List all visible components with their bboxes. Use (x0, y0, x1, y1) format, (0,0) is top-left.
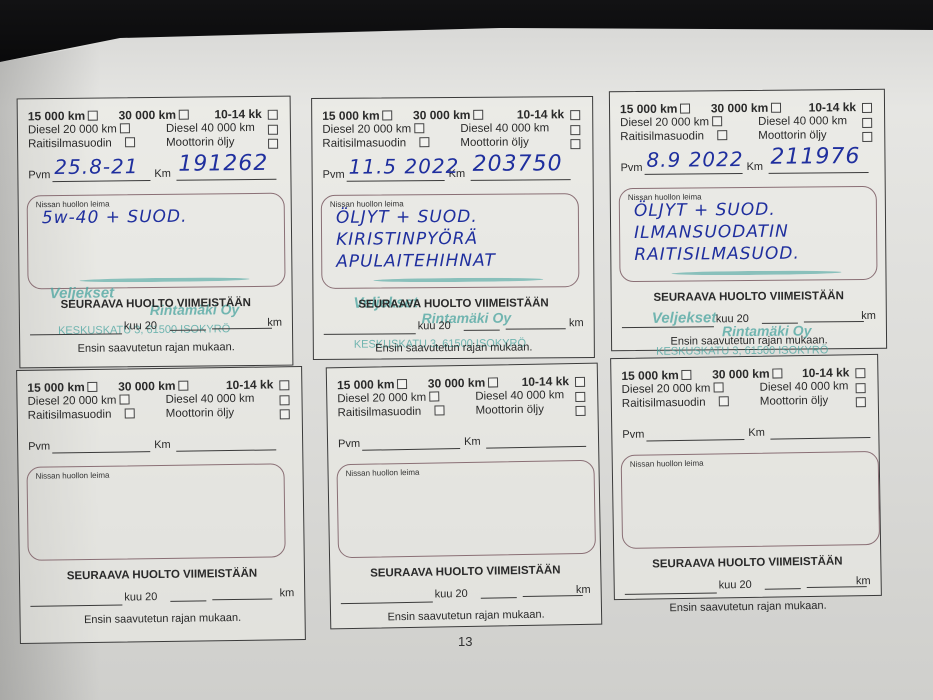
date-line (347, 180, 445, 182)
label-15000: 15 000 km (620, 102, 678, 117)
service-record-card-bottom-middle: 15 000 km 30 000 km 10-14 kk Diesel 20 0… (326, 363, 603, 630)
date-line (52, 180, 150, 182)
checkbox-months[interactable] (279, 380, 289, 390)
handwritten-notes (622, 452, 878, 456)
next-service-title: SEURAAVA HUOLTO VIIMEISTÄÄN (330, 564, 600, 581)
checkbox-row-2: Diesel 20 000 km (27, 394, 129, 407)
label-15000: 15 000 km (337, 377, 395, 392)
checkbox-months[interactable] (855, 368, 865, 378)
label-km-unit: km (576, 584, 591, 596)
checkbox-months[interactable] (570, 110, 580, 120)
label-30000: 30 000 km (712, 367, 770, 382)
checkbox-cabin-filter[interactable] (419, 137, 429, 147)
label-months: 10-14 kk (522, 374, 570, 389)
next-month-line (625, 592, 717, 594)
label-date: Pvm (323, 169, 345, 181)
label-diesel-20000: Diesel 20 000 km (322, 123, 411, 136)
handwritten-km: 203750 (472, 151, 562, 177)
label-cabin-filter: Raitisilmasuodin (322, 137, 406, 150)
checkbox-diesel-20000[interactable] (712, 116, 722, 126)
next-km-line (212, 328, 272, 330)
label-cabin-filter: Raitisilmasuodin (28, 409, 112, 422)
handwritten-notes: ÖLJYT + SUOD.KIRISTINPYÖRÄAPULAITEHIHNAT (322, 194, 578, 196)
date-line (52, 451, 150, 453)
label-diesel-40000: Diesel 40 000 km (758, 115, 847, 128)
label-15000: 15 000 km (28, 109, 86, 124)
handwritten-note-line: RAITISILMASUOD. (634, 244, 800, 265)
next-km-line (212, 598, 272, 600)
label-km-unit: km (267, 317, 282, 329)
label-cabin-filter: Raitisilmasuodin (622, 397, 706, 410)
handwritten-notes: 5w-40 + SUOD. (28, 194, 284, 197)
date-line (645, 173, 743, 175)
stamp-area: Nissan huollon leima ÖLJYT + SUOD.ILMANS… (619, 186, 878, 282)
checkbox-diesel-40000[interactable] (862, 118, 872, 128)
km-line (770, 437, 870, 440)
dealer-stamp: VeljeksetRintamäki OyKESKUSKATU 3, 61500… (312, 97, 592, 99)
handwritten-note-line: 5w-40 + SUOD. (42, 207, 188, 229)
checkbox-row-2: Diesel 20 000 km (322, 123, 424, 136)
checkbox-row-1: 15 000 km 30 000 km (337, 375, 498, 392)
label-month-year: kuu 20 (435, 588, 468, 601)
checkbox-15000[interactable] (680, 103, 690, 113)
dealer-stamp: VeljeksetRintamäki OyKESKUSKATU 3, 61500… (18, 97, 290, 100)
checkbox-30000[interactable] (772, 368, 782, 378)
label-diesel-40000: Diesel 40 000 km (760, 380, 849, 393)
checkbox-15000[interactable] (88, 382, 98, 392)
checkbox-cabin-filter[interactable] (434, 405, 444, 415)
label-km: Km (464, 436, 481, 448)
next-year-line (170, 600, 206, 602)
checkbox-15000[interactable] (88, 111, 98, 121)
checkbox-cabin-filter[interactable] (125, 137, 135, 147)
checkbox-row-3: Raitisilmasuodin (620, 130, 727, 143)
checkbox-row-3: Raitisilmasuodin (622, 396, 729, 410)
checkbox-cabin-filter[interactable] (124, 408, 134, 418)
checkbox-15000[interactable] (397, 379, 407, 389)
label-km-unit: km (569, 317, 584, 329)
km-line (769, 172, 869, 174)
checkbox-months[interactable] (268, 110, 278, 120)
label-engine-oil: Moottorin öljy (166, 136, 235, 149)
label-km: Km (154, 168, 171, 180)
handwritten-note-line: ILMANSUODATIN (634, 222, 789, 243)
checkbox-diesel-40000[interactable] (268, 125, 278, 135)
label-month-year: kuu 20 (716, 313, 749, 325)
first-reached-note: Ensin saavutetun rajan mukaan. (314, 341, 594, 355)
checkbox-30000[interactable] (178, 381, 188, 391)
label-km-unit: km (279, 587, 294, 599)
label-15000: 15 000 km (322, 109, 379, 123)
label-diesel-20000: Diesel 20 000 km (622, 383, 711, 396)
label-months: 10-14 kk (517, 107, 564, 121)
label-diesel-20000: Diesel 20 000 km (337, 392, 426, 406)
km-line (471, 179, 571, 181)
label-km: Km (154, 439, 171, 451)
checkbox-diesel-20000[interactable] (414, 123, 424, 133)
checkbox-row-1: 15 000 km 30 000 km (621, 366, 782, 383)
label-engine-oil: Moottorin öljy (166, 407, 235, 420)
next-service-title: SEURAAVA HUOLTO VIIMEISTÄÄN (313, 297, 593, 311)
checkbox-months[interactable] (862, 103, 872, 113)
handwritten-notes (27, 464, 283, 468)
checkbox-engine-oil[interactable] (570, 139, 580, 149)
first-reached-note: Ensin saavutetun rajan mukaan. (331, 608, 601, 625)
stamp-area: Nissan huollon leima 5w-40 + SUOD. (27, 193, 286, 290)
service-record-card-bottom-right: 15 000 km 30 000 km 10-14 kk Diesel 20 0… (610, 354, 882, 600)
label-months: 10-14 kk (802, 365, 850, 380)
label-month-year: kuu 20 (124, 591, 157, 603)
label-30000: 30 000 km (413, 108, 470, 122)
checkbox-row-1: 15 000 km 30 000 km (322, 108, 483, 123)
service-record-card-top-middle: 15 000 km 30 000 km 10-14 kk Diesel 20 0… (311, 96, 595, 360)
stamp-area: Nissan huollon leima (621, 451, 880, 549)
checkbox-30000[interactable] (473, 110, 483, 120)
checkbox-diesel-20000[interactable] (713, 382, 723, 392)
checkbox-30000[interactable] (771, 103, 781, 113)
checkbox-diesel-40000[interactable] (279, 395, 289, 405)
label-engine-oil: Moottorin öljy (758, 129, 826, 142)
checkbox-row-1: 15 000 km 30 000 km (620, 101, 781, 116)
label-date: Pvm (622, 429, 644, 441)
label-15000: 15 000 km (621, 368, 679, 383)
label-engine-oil: Moottorin öljy (475, 404, 544, 417)
label-date: Pvm (28, 169, 50, 181)
next-service-title: SEURAAVA HUOLTO VIIMEISTÄÄN (20, 567, 304, 583)
checkbox-15000[interactable] (682, 370, 692, 380)
next-year-line (765, 588, 801, 590)
stamp-area-label: Nissan huollon leima (346, 468, 420, 478)
label-15000: 15 000 km (27, 380, 85, 395)
label-diesel-40000: Diesel 40 000 km (166, 122, 255, 135)
km-line (486, 446, 586, 449)
checkbox-engine-oil[interactable] (575, 406, 585, 416)
service-record-card-top-left: 15 000 km 30 000 km 10-14 kk Diesel 20 0… (17, 96, 294, 369)
checkbox-diesel-40000[interactable] (570, 125, 580, 135)
next-service-title: SEURAAVA HUOLTO VIIMEISTÄÄN (614, 555, 880, 571)
checkbox-engine-oil[interactable] (280, 409, 290, 419)
checkbox-15000[interactable] (383, 110, 393, 120)
date-line (362, 448, 460, 451)
page-number: 13 (458, 634, 472, 649)
label-30000: 30 000 km (428, 376, 486, 391)
checkbox-row-1: 15 000 km 30 000 km (27, 379, 188, 395)
checkbox-diesel-20000[interactable] (120, 123, 130, 133)
checkbox-row-3: Raitisilmasuodin (337, 405, 444, 419)
next-km-line (523, 595, 583, 597)
checkbox-months[interactable] (575, 377, 585, 387)
next-month-line (622, 326, 714, 328)
next-km-line (506, 328, 566, 329)
handwritten-notes (337, 461, 593, 465)
next-service-title: SEURAAVA HUOLTO VIIMEISTÄÄN (20, 297, 292, 312)
label-date: Pvm (338, 438, 360, 450)
checkbox-row-2: Diesel 20 000 km (337, 391, 439, 405)
checkbox-30000[interactable] (179, 110, 189, 120)
stamp-area: Nissan huollon leima (336, 460, 596, 558)
stamp-area: Nissan huollon leima ÖLJYT + SUOD.KIRIST… (321, 193, 580, 289)
checkbox-diesel-20000[interactable] (429, 391, 439, 401)
label-month-year: kuu 20 (124, 320, 157, 332)
label-30000: 30 000 km (119, 108, 177, 123)
km-line (176, 449, 276, 451)
next-month-line (30, 605, 122, 607)
label-engine-oil: Moottorin öljy (760, 395, 829, 408)
handwritten-date: 8.9 2022 (646, 147, 743, 172)
date-line (646, 439, 744, 442)
checkbox-diesel-40000[interactable] (856, 383, 866, 393)
next-month-line (341, 602, 433, 605)
label-diesel-40000: Diesel 40 000 km (475, 389, 564, 403)
checkbox-row-1: 15 000 km 30 000 km (28, 108, 189, 124)
first-reached-note: Ensin saavutetun rajan mukaan. (21, 611, 305, 627)
checkbox-row-2: Diesel 20 000 km (28, 123, 130, 136)
handwritten-note-line: KIRISTINPYÖRÄ (336, 229, 478, 250)
checkbox-row-2: Diesel 20 000 km (622, 382, 724, 396)
label-diesel-20000: Diesel 20 000 km (27, 395, 116, 408)
label-30000: 30 000 km (711, 101, 769, 116)
checkbox-cabin-filter[interactable] (717, 130, 727, 140)
handwritten-note-line: APULAITEHIHNAT (336, 251, 496, 272)
stamp-area-label: Nissan huollon leima (630, 459, 704, 469)
label-cabin-filter: Raitisilmasuodin (620, 130, 704, 143)
handwritten-note-line: ÖLJYT + SUOD. (634, 200, 776, 221)
label-date: Pvm (620, 162, 642, 174)
label-diesel-20000: Diesel 20 000 km (28, 123, 117, 136)
checkbox-row-3: Raitisilmasuodin (28, 137, 135, 150)
next-year-line (481, 597, 517, 599)
checkbox-row-2: Diesel 20 000 km (620, 116, 722, 129)
label-km-unit: km (856, 575, 871, 587)
label-engine-oil: Moottorin öljy (460, 136, 528, 148)
label-date: Pvm (28, 441, 50, 453)
label-months: 10-14 kk (214, 107, 262, 121)
stamp-area: Nissan huollon leima (26, 463, 285, 561)
label-cabin-filter: Raitisilmasuodin (337, 406, 421, 419)
label-diesel-20000: Diesel 20 000 km (620, 116, 709, 129)
handwritten-date: 25.8-21 (54, 154, 138, 179)
checkbox-diesel-20000[interactable] (119, 394, 129, 404)
handwritten-date: 11.5 2022 (348, 154, 459, 179)
first-reached-note: Ensin saavutetun rajan mukaan. (20, 341, 292, 356)
dealer-stamp: VeljeksetRintamäki OyKESKUSKATU 3, 61500… (610, 90, 884, 92)
checkbox-row-3: Raitisilmasuodin (28, 408, 135, 421)
checkbox-diesel-40000[interactable] (575, 392, 585, 402)
checkbox-cabin-filter[interactable] (718, 396, 728, 406)
service-record-card-bottom-left: 15 000 km 30 000 km 10-14 kk Diesel 20 0… (16, 366, 306, 644)
handwritten-notes: ÖLJYT + SUOD.ILMANSUODATINRAITISILMASUOD… (620, 187, 876, 189)
label-cabin-filter: Raitisilmasuodin (28, 137, 112, 150)
label-km-unit: km (861, 310, 876, 322)
first-reached-note: Ensin saavutetun rajan mukaan. (612, 334, 886, 348)
handwritten-km: 211976 (770, 144, 860, 170)
label-km: Km (748, 427, 765, 439)
checkbox-engine-oil[interactable] (856, 397, 866, 407)
checkbox-engine-oil[interactable] (268, 139, 278, 149)
dealer-name-line1-wrap: Veljekset (652, 309, 717, 328)
service-record-card-top-right: 15 000 km 30 000 km 10-14 kk Diesel 20 0… (609, 89, 887, 351)
checkbox-row-3: Raitisilmasuodin (322, 137, 429, 150)
stamp-area-label: Nissan huollon leima (36, 471, 110, 481)
km-line (176, 179, 276, 181)
checkbox-30000[interactable] (488, 377, 498, 387)
next-year-line (464, 330, 500, 331)
handwritten-note-line: ÖLJYT + SUOD. (336, 207, 478, 228)
handwritten-km: 191262 (178, 151, 268, 177)
label-month-year: kuu 20 (719, 579, 752, 592)
label-months: 10-14 kk (226, 377, 274, 392)
checkbox-engine-oil[interactable] (862, 132, 872, 142)
label-months: 10-14 kk (809, 100, 856, 114)
label-diesel-40000: Diesel 40 000 km (460, 122, 549, 135)
label-km: Km (746, 161, 763, 173)
label-diesel-40000: Diesel 40 000 km (165, 393, 254, 406)
next-km-line (804, 321, 864, 323)
next-service-title: SEURAAVA HUOLTO VIIMEISTÄÄN (612, 290, 886, 304)
label-30000: 30 000 km (118, 379, 176, 394)
dealer-name-line1: Veljekset (652, 309, 717, 327)
label-month-year: kuu 20 (418, 320, 451, 332)
